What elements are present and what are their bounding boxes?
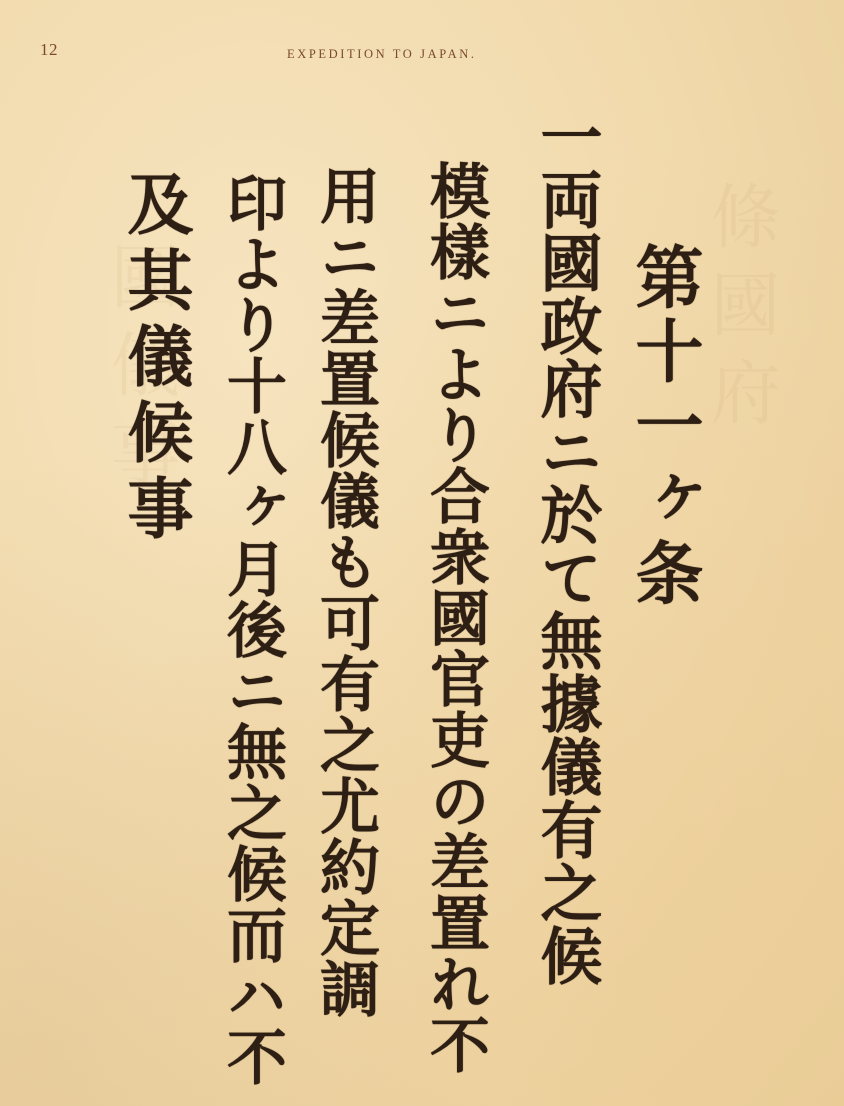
calligraphy-column-1: 第十一ヶ条 (630, 242, 698, 612)
calligraphy-text-block: 第十一ヶ条 一両國政府ニ於て無據儀有之候 模樣ニより合衆國官吏の差置れ不 用ニ差… (0, 0, 844, 1106)
calligraphy-column-4: 用ニ差置候儀も可有之尤約定調 (315, 165, 375, 1019)
calligraphy-column-2: 一両國政府ニ於て無據儀有之候 (535, 105, 597, 987)
book-page: 條國府 國儀事 12 EXPEDITION TO JAPAN. 第十一ヶ条 一両… (0, 0, 844, 1106)
calligraphy-column-3: 模樣ニより合衆國官吏の差置れ不 (425, 160, 485, 1075)
calligraphy-column-5: 印より十八ヶ月後ニ無之候而ハ不 (222, 172, 282, 1087)
calligraphy-column-6: 及其儀候事 (122, 170, 188, 550)
